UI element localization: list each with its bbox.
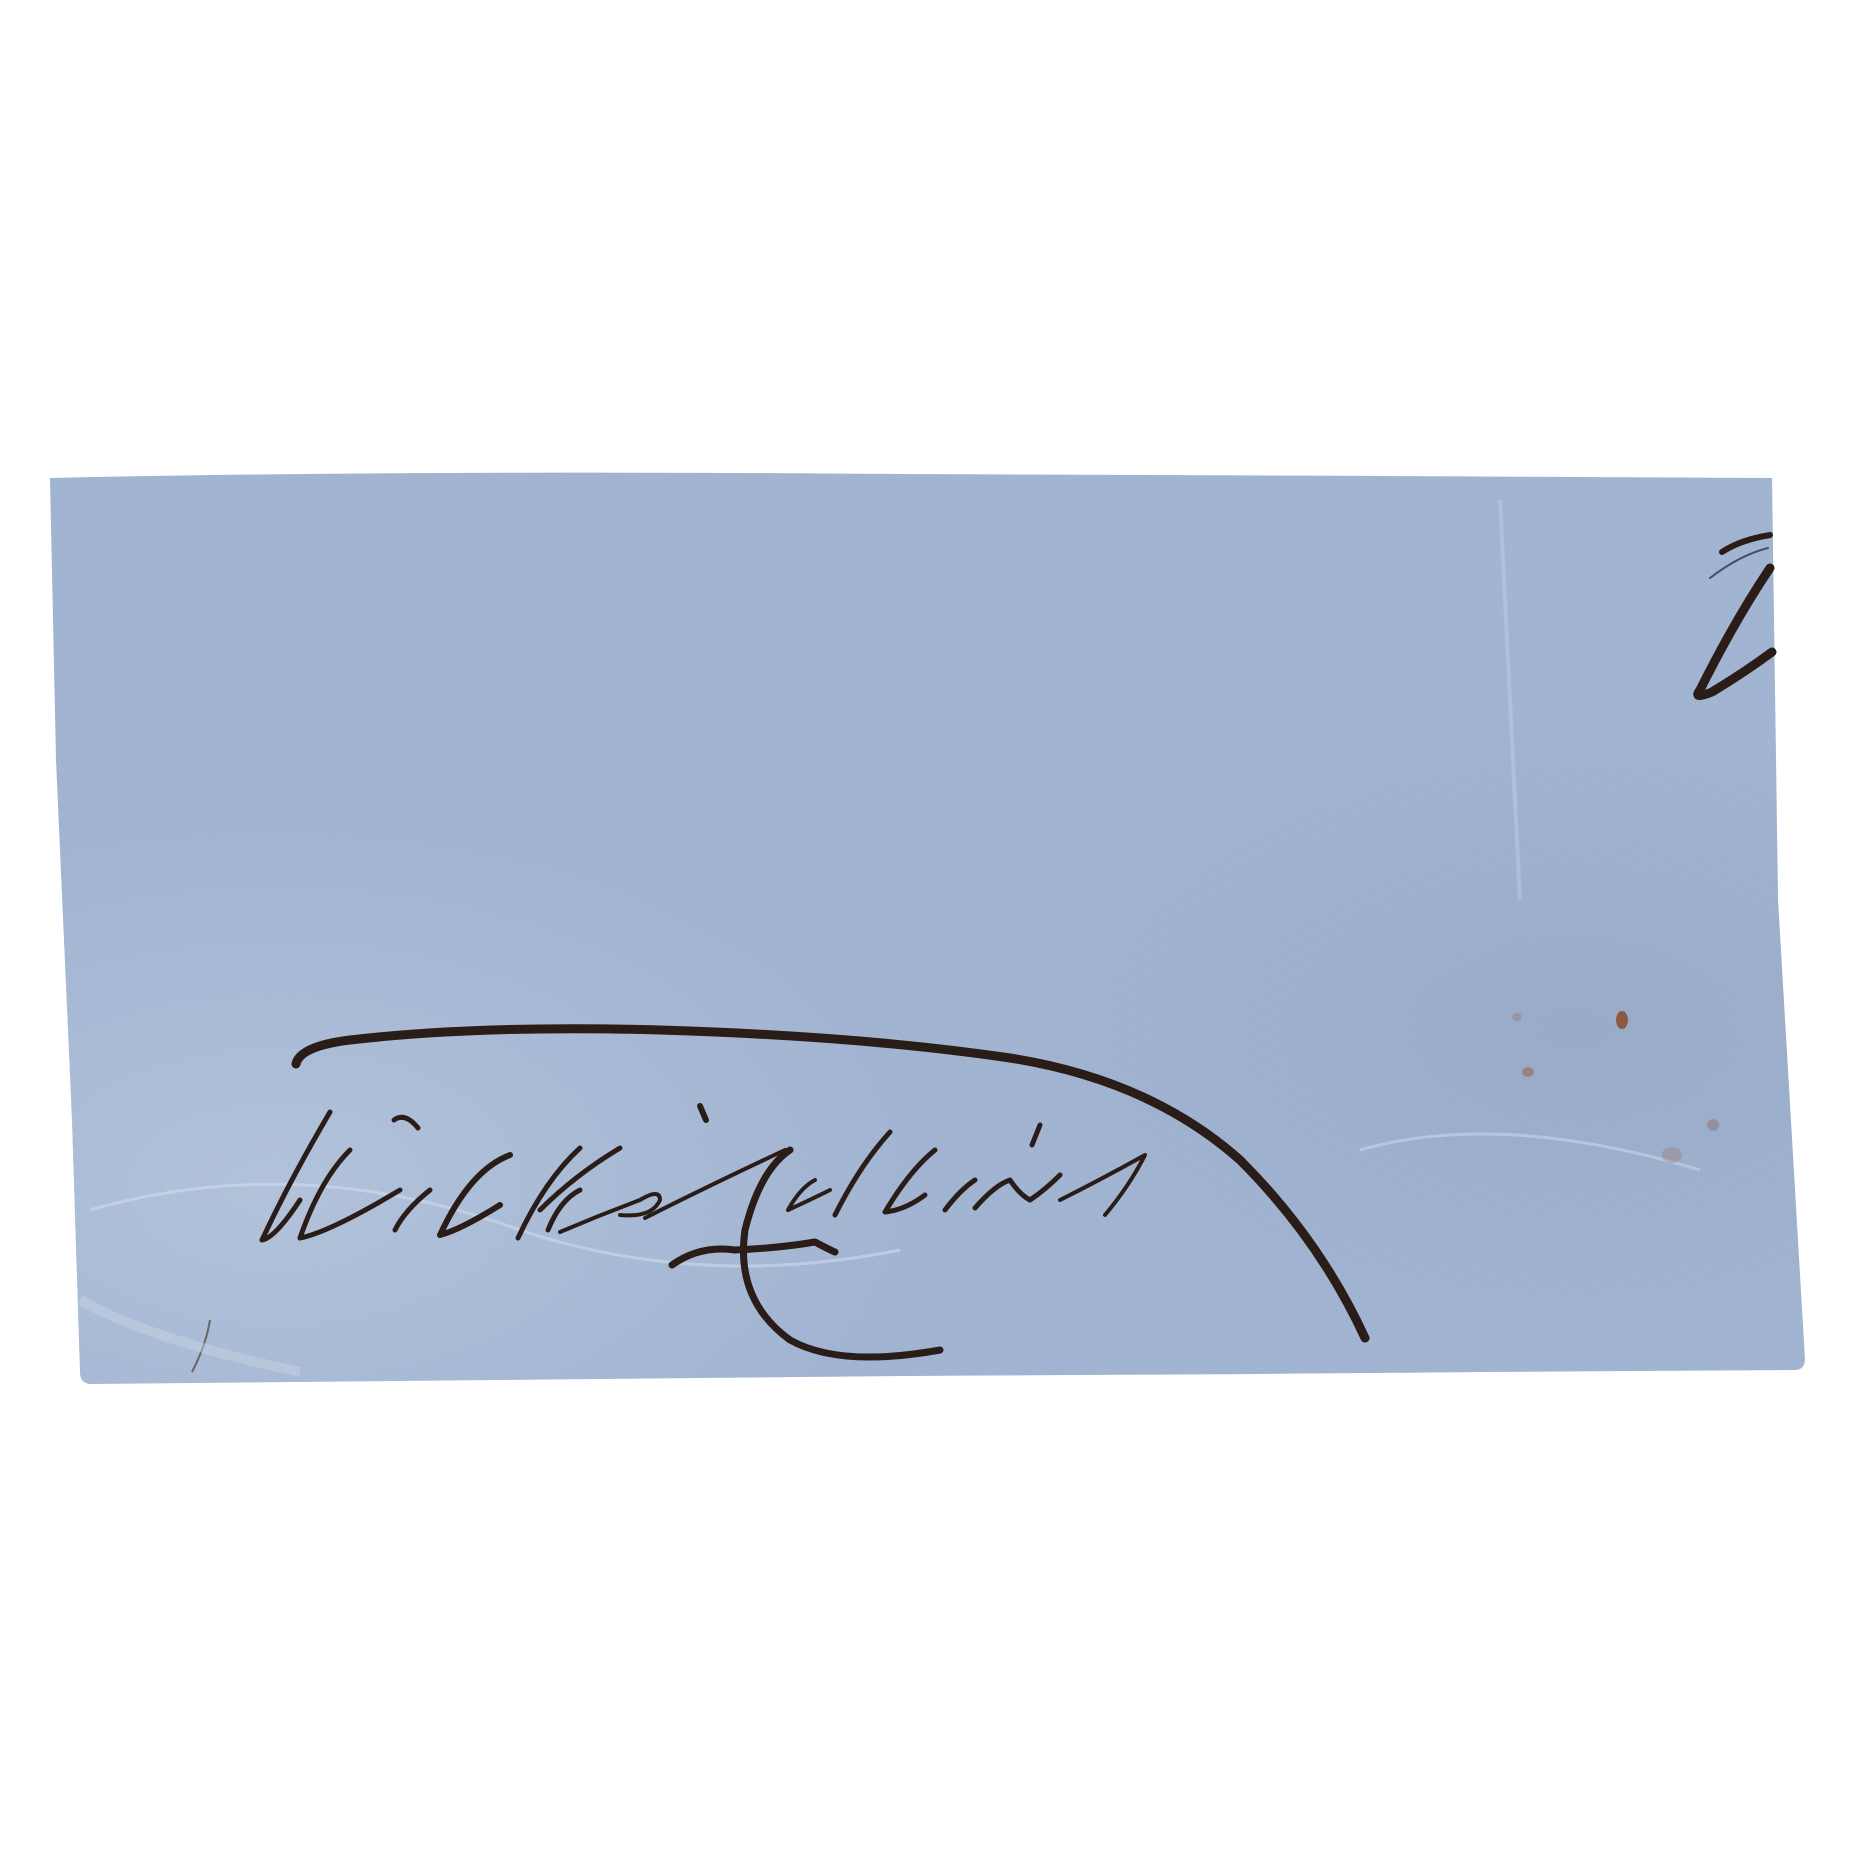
autograph-scene	[0, 0, 1852, 1852]
foxing-spot	[1522, 1067, 1534, 1077]
foxing-spot	[1512, 1013, 1522, 1021]
blue-paper-fragment	[0, 400, 1852, 1450]
foxing-spot	[1616, 1011, 1628, 1029]
foxing-spot	[1662, 1147, 1682, 1163]
foxing-spot	[1707, 1119, 1719, 1131]
